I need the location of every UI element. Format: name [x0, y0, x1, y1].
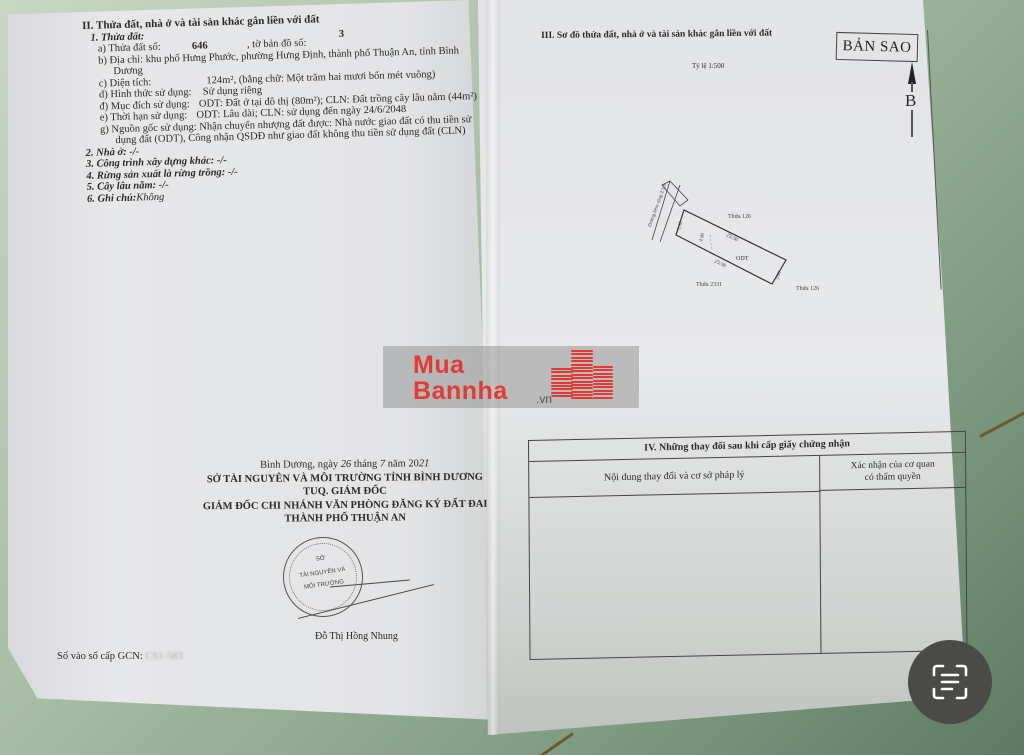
- org-line4: THÀNH PHỐ THUẬN AN: [180, 511, 510, 527]
- org-line1: SỞ TÀI NGUYÊN VÀ MÔI TRƯỜNG TỈNH BÌNH DƯ…: [180, 470, 510, 486]
- neighbor-bottom: Thửa 2331: [696, 282, 722, 288]
- signature-block: Bình Dương, ngày 26 tháng 7 năm 2021 SỞ …: [180, 457, 511, 527]
- perennial-value: -/-: [159, 180, 169, 191]
- neighbor-right: Thửa 126: [796, 286, 819, 292]
- parcel-number: 646: [192, 41, 208, 52]
- note-label: 6. Ghi chú:: [87, 192, 137, 204]
- section-iii-title: III. Sơ đồ thửa đất, nhà ở và tài sản kh…: [541, 28, 772, 42]
- building-logo-icon: [593, 366, 613, 400]
- text-scan-button[interactable]: [908, 640, 992, 724]
- map-scale: Tỷ lệ 1:500: [692, 60, 724, 72]
- watermark-domain: .vn: [536, 392, 552, 406]
- date-month-label: tháng: [354, 459, 377, 470]
- forest-value: -/-: [228, 166, 238, 177]
- muabannha-watermark: Mua Bannha .vn: [383, 346, 639, 408]
- house-label: 2. Nhà ở:: [86, 146, 127, 158]
- changes-column-body: [529, 492, 821, 659]
- parcel-diagram: Đường hẻm rộng 2.5m 2.90 4.90 25.90 25.9…: [640, 180, 840, 300]
- date-prefix: Bình Dương, ngày: [260, 459, 338, 471]
- tile-crack: [979, 407, 1024, 438]
- date-month: 7: [380, 459, 385, 470]
- copy-stamp: BẢN SAO: [836, 32, 919, 62]
- org-line3: GIÁM ĐỐC CHI NHÁNH VĂN PHÒNG ĐĂNG KÝ ĐẤT…: [180, 497, 510, 513]
- registry-label: Số vào sổ cấp GCN:: [57, 651, 143, 662]
- area-label: c) Diện tích:: [99, 77, 152, 89]
- address-label: b) Địa chỉ:: [98, 54, 143, 66]
- land-code: ODT: [736, 256, 749, 262]
- date-year-label: năm 20: [388, 458, 419, 469]
- signer-name: Đỗ Thị Hồng Nhung: [315, 631, 398, 643]
- authority-header-line2: có thẩm quyền: [820, 470, 965, 485]
- registry-value: CS1-583: [145, 651, 182, 662]
- right-edge-length: 5.00: [775, 270, 783, 280]
- changes-column-header: Nội dung thay đổi và cơ sở pháp lý: [529, 456, 820, 498]
- north-arrow: B: [905, 62, 919, 142]
- watermark-mua: Mua: [413, 352, 465, 378]
- section-ii: II. Thửa đất, nhà ở và tài sản khác gắn …: [82, 9, 480, 205]
- watermark-bannha: Bannha: [413, 378, 508, 404]
- changes-table: IV. Những thay đổi sau khi cấp giấy chứn…: [528, 431, 967, 660]
- parcel-sketch: Đường hẻm rộng 2.5m 2.90 4.90 25.90 25.9…: [640, 180, 840, 300]
- registry-number: Số vào sổ cấp GCN: CS1-583: [57, 651, 183, 663]
- text-scan-icon: [928, 660, 972, 704]
- authority-column-header: Xác nhận của cơ quan có thẩm quyền: [820, 453, 965, 491]
- inner-width: 4.90: [699, 232, 706, 242]
- tile-crack: [539, 732, 573, 755]
- authority-column-body: [820, 489, 966, 653]
- map-sheet-number: 3: [339, 29, 345, 40]
- top-edge-length: 25.90: [725, 232, 739, 243]
- house-value: -/-: [129, 146, 139, 157]
- left-edge-length: 2.90: [677, 220, 684, 230]
- building-logo-icon: [551, 368, 573, 399]
- north-label: B: [905, 92, 916, 110]
- north-arrow-icon: [908, 62, 916, 84]
- date-year: 21: [419, 458, 430, 469]
- other-construction-value: -/-: [217, 155, 227, 166]
- building-logo-icon: [571, 350, 593, 401]
- neighbor-top: Thửa 126: [728, 214, 751, 220]
- note-value: Không: [136, 191, 164, 203]
- date-day: 26: [341, 459, 352, 470]
